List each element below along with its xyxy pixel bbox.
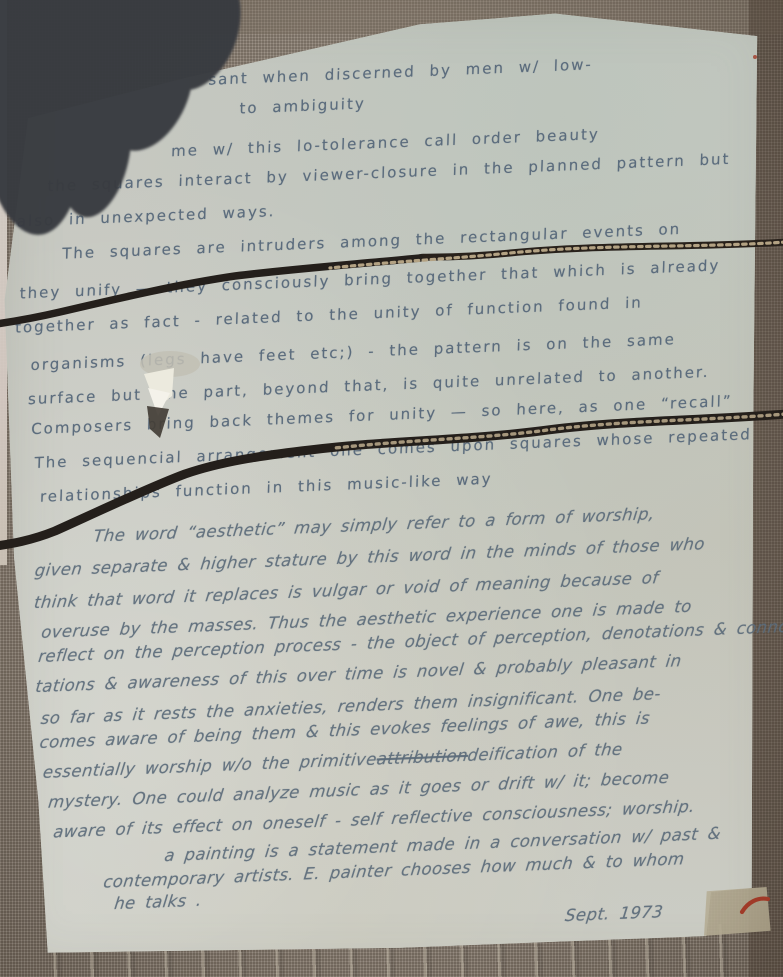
line-text: relationships function in this music-lik… xyxy=(40,470,493,506)
line-text: the squares interact by viewer-closure i… xyxy=(47,150,730,195)
line-text: also in unexpected ways. xyxy=(17,202,276,230)
line-text: he talks . xyxy=(113,891,203,914)
handwritten-line: the squares interact by viewer-closure i… xyxy=(47,149,731,195)
line-text: deification of the xyxy=(467,740,624,765)
photo-of-handwritten-note: sant when discerned by men w/ low-to amb… xyxy=(0,0,783,977)
line-text: Sept. 1973 xyxy=(564,902,664,925)
handwritten-line: sant when discerned by men w/ low- xyxy=(208,54,593,88)
struck-word: attribution xyxy=(376,746,470,769)
handwritten-line: he talks . xyxy=(114,891,202,914)
handwritten-line: The squares are intruders among the rect… xyxy=(62,219,682,263)
line-text: to ambiguity xyxy=(239,94,366,117)
handwritten-line: relationships function in this music-lik… xyxy=(40,469,493,506)
line-text: essentially worship w/o the primitive xyxy=(42,749,378,782)
date-line: Sept. 1973 xyxy=(565,902,664,925)
line-text: The squares are intruders among the rect… xyxy=(62,220,682,263)
line-text: me w/ this lo-tolerance call order beaut… xyxy=(171,125,600,160)
line-text: together as fact - related to the unity … xyxy=(15,293,643,336)
handwritten-line: to ambiguity xyxy=(239,93,366,117)
handwriting-layer: sant when discerned by men w/ low-to amb… xyxy=(0,0,783,976)
handwritten-line: me w/ this lo-tolerance call order beaut… xyxy=(171,124,600,160)
handwritten-line: together as fact - related to the unity … xyxy=(15,292,643,336)
handwritten-line: also in unexpected ways. xyxy=(17,201,276,230)
line-text: sant when discerned by men w/ low- xyxy=(208,55,593,88)
